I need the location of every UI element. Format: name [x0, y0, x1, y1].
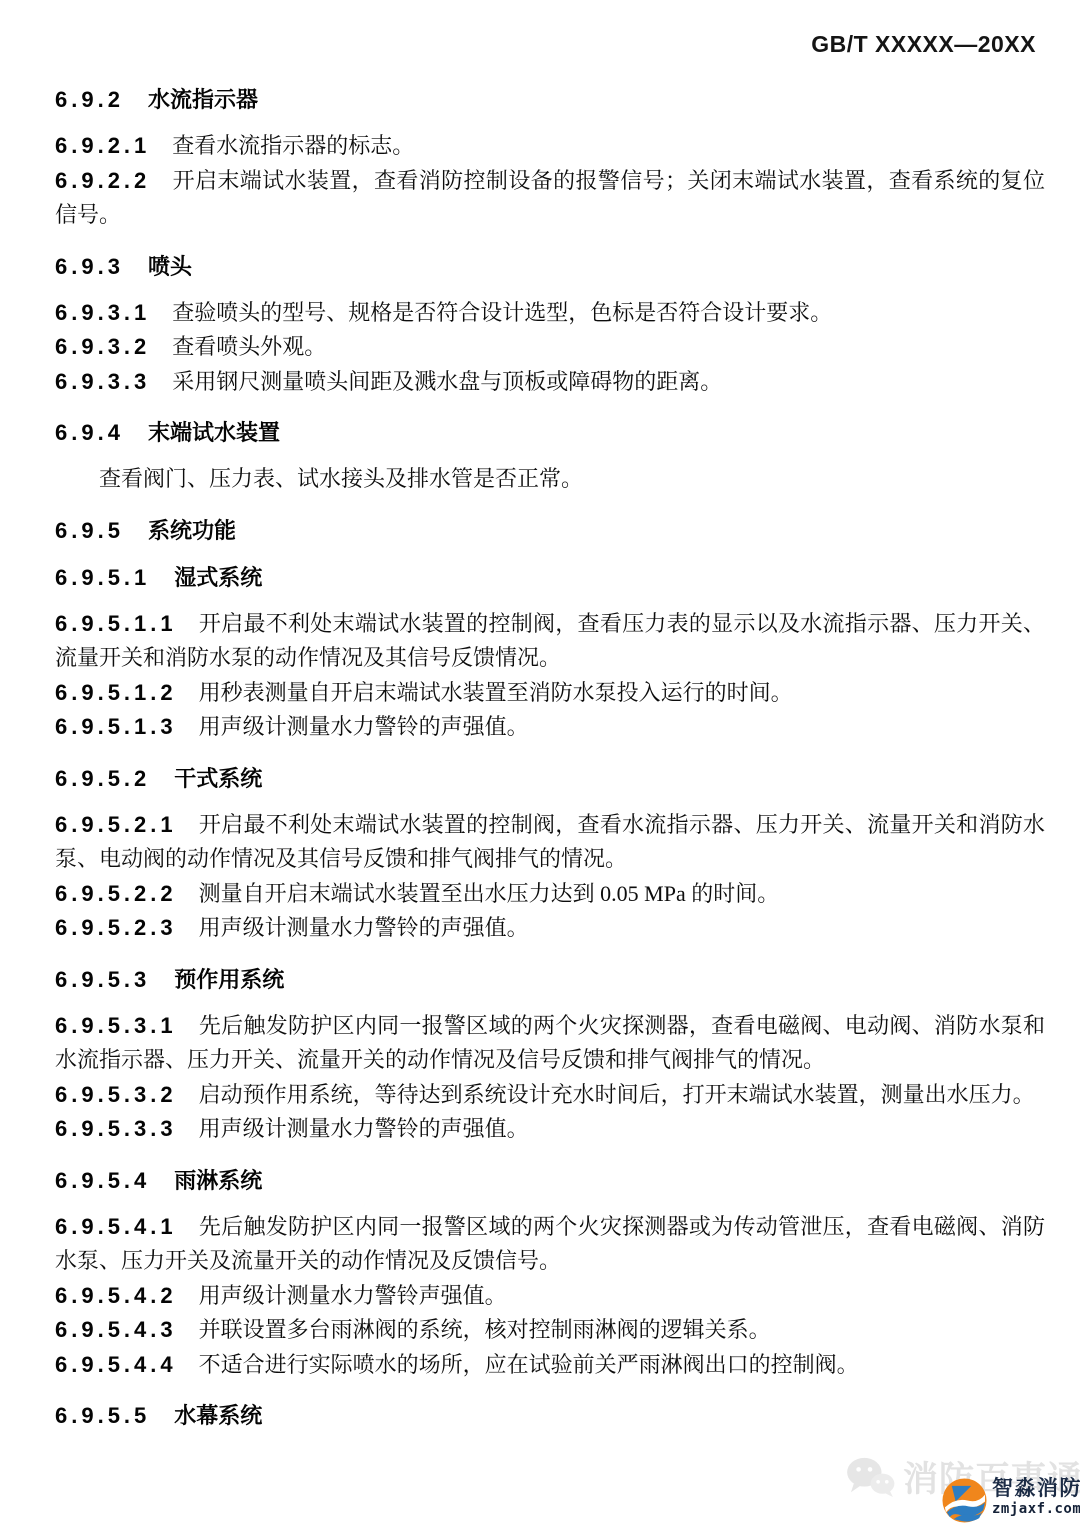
- clause-number: 6.9.5.4.4: [55, 1352, 177, 1377]
- clause-number: 6.9.5.4.2: [55, 1283, 177, 1308]
- zhimiao-logo: 智淼消防 zmjaxf.com: [942, 1478, 1080, 1523]
- clause-text: 先后触发防护区内同一报警区域的两个火灾探测器，查看电磁阀、电动阀、消防水泵和水流…: [55, 1013, 1045, 1073]
- clause-text: 启动预作用系统，等待达到系统设计充水时间后，打开末端试水装置，测量出水压力。: [199, 1082, 1035, 1107]
- clause-text: 用秒表测量自开启末端试水装置至消防水泵投入运行的时间。: [199, 680, 793, 705]
- clause-text: 开启最不利处末端试水装置的控制阀，查看水流指示器、压力开关、流量开关和消防水泵、…: [55, 812, 1045, 872]
- clause-paragraph: 6.9.5.1.1开启最不利处末端试水装置的控制阀，查看压力表的显示以及水流指示…: [55, 607, 1045, 676]
- clause-text: 用声级计测量水力警铃的声强值。: [199, 915, 529, 940]
- clause-paragraph: 6.9.3.1查验喷头的型号、规格是否符合设计选型，色标是否符合设计要求。: [55, 296, 1045, 331]
- clause-number: 6.9.5.2.1: [55, 812, 177, 837]
- clause-number: 6.9.5: [55, 518, 124, 543]
- clause-number: 6.9.3.1: [55, 300, 150, 325]
- clause-number: 6.9.5.1: [55, 565, 150, 590]
- clause-paragraph: 6.9.5.3.1先后触发防护区内同一报警区域的两个火灾探测器，查看电磁阀、电动…: [55, 1009, 1045, 1078]
- clause-paragraph: 6.9.5.4.3并联设置多台雨淋阀的系统，核对控制雨淋阀的逻辑关系。: [55, 1313, 1045, 1348]
- clause-paragraph: 6.9.2.2开启末端试水装置，查看消防控制设备的报警信号；关闭末端试水装置，查…: [55, 164, 1045, 233]
- clause-text: 不适合进行实际喷水的场所，应在试验前关严雨淋阀出口的控制阀。: [199, 1352, 859, 1377]
- clause-number: 6.9.5.4.3: [55, 1317, 177, 1342]
- heading-text: 水幕系统: [174, 1403, 262, 1428]
- clause-number: 6.9.5.4.1: [55, 1214, 177, 1239]
- clause-paragraph: 6.9.5.2.3用声级计测量水力警铃的声强值。: [55, 911, 1045, 946]
- clause-text: 先后触发防护区内同一报警区域的两个火灾探测器或为传动管泄压，查看电磁阀、消防水泵…: [55, 1214, 1045, 1274]
- section-heading: 6.9.5.4雨淋系统: [55, 1167, 1045, 1194]
- document-content: 6.9.2水流指示器6.9.2.1查看水流指示器的标志。6.9.2.2开启末端试…: [55, 66, 1045, 1445]
- clause-number: 6.9.2.1: [55, 133, 150, 158]
- clause-number: 6.9.5.1.3: [55, 714, 177, 739]
- clause-text: 查看喷头外观。: [172, 334, 326, 359]
- section-heading: 6.9.2水流指示器: [55, 86, 1045, 113]
- clause-paragraph: 6.9.5.3.3用声级计测量水力警铃的声强值。: [55, 1112, 1045, 1147]
- clause-number: 6.9.5.5: [55, 1403, 150, 1428]
- clause-paragraph: 6.9.5.4.2用声级计测量水力警铃声强值。: [55, 1279, 1045, 1314]
- clause-text: 并联设置多台雨淋阀的系统，核对控制雨淋阀的逻辑关系。: [199, 1317, 771, 1342]
- standard-number-header: GB/T XXXXX—20XX: [811, 31, 1036, 58]
- document-page: GB/T XXXXX—20XX 6.9.2水流指示器6.9.2.1查看水流指示器…: [0, 0, 1080, 1525]
- heading-text: 干式系统: [174, 766, 262, 791]
- clause-text: 用声级计测量水力警铃声强值。: [199, 1283, 507, 1308]
- clause-paragraph: 6.9.2.1查看水流指示器的标志。: [55, 129, 1045, 164]
- clause-number: 6.9.5.2: [55, 766, 150, 791]
- section-heading: 6.9.5.3预作用系统: [55, 966, 1045, 993]
- wechat-icon: [846, 1456, 896, 1498]
- heading-text: 末端试水装置: [148, 420, 280, 445]
- section-heading: 6.9.5.2干式系统: [55, 765, 1045, 792]
- heading-text: 湿式系统: [174, 565, 262, 590]
- clause-paragraph: 6.9.5.3.2启动预作用系统，等待达到系统设计充水时间后，打开末端试水装置，…: [55, 1078, 1045, 1113]
- heading-text: 喷头: [148, 254, 192, 279]
- clause-paragraph: 6.9.3.2查看喷头外观。: [55, 330, 1045, 365]
- clause-text: 开启末端试水装置，查看消防控制设备的报警信号；关闭末端试水装置，查看系统的复位信…: [55, 168, 1045, 228]
- clause-number: 6.9.5.2.2: [55, 881, 177, 906]
- zhimiao-logo-text: 智淼消防 zmjaxf.com: [992, 1478, 1080, 1516]
- clause-text: 查看阀门、压力表、试水接头及排水管是否正常。: [99, 466, 583, 491]
- section-heading: 6.9.5.5水幕系统: [55, 1402, 1045, 1429]
- section-heading: 6.9.3喷头: [55, 253, 1045, 280]
- section-heading: 6.9.4末端试水装置: [55, 419, 1045, 446]
- clause-number: 6.9.5.3.3: [55, 1116, 177, 1141]
- clause-number: 6.9.5.4: [55, 1168, 150, 1193]
- clause-number: 6.9.5.3.1: [55, 1013, 177, 1038]
- clause-number: 6.9.2: [55, 87, 124, 112]
- clause-paragraph: 6.9.5.2.1开启最不利处末端试水装置的控制阀，查看水流指示器、压力开关、流…: [55, 808, 1045, 877]
- clause-number: 6.9.3.3: [55, 369, 150, 394]
- zhimiao-logo-icon: [942, 1478, 987, 1523]
- clause-paragraph: 6.9.5.4.1先后触发防护区内同一报警区域的两个火灾探测器或为传动管泄压，查…: [55, 1210, 1045, 1279]
- clause-text: 开启最不利处末端试水装置的控制阀，查看压力表的显示以及水流指示器、压力开关、流量…: [55, 611, 1045, 671]
- body-paragraph: 查看阀门、压力表、试水接头及排水管是否正常。: [55, 462, 1045, 497]
- clause-number: 6.9.5.1.1: [55, 611, 177, 636]
- clause-text: 查看水流指示器的标志。: [172, 133, 414, 158]
- clause-paragraph: 6.9.5.1.3用声级计测量水力警铃的声强值。: [55, 710, 1045, 745]
- clause-number: 6.9.3.2: [55, 334, 150, 359]
- heading-text: 预作用系统: [174, 967, 284, 992]
- heading-text: 水流指示器: [148, 87, 258, 112]
- clause-number: 6.9.5.3: [55, 967, 150, 992]
- clause-text: 测量自开启末端试水装置至出水压力达到 0.05 MPa 的时间。: [199, 881, 780, 906]
- clause-number: 6.9.5.2.3: [55, 915, 177, 940]
- clause-paragraph: 6.9.3.3采用钢尺测量喷头间距及溅水盘与顶板或障碍物的距离。: [55, 365, 1045, 400]
- clause-number: 6.9.5.3.2: [55, 1082, 177, 1107]
- clause-paragraph: 6.9.5.4.4不适合进行实际喷水的场所，应在试验前关严雨淋阀出口的控制阀。: [55, 1348, 1045, 1383]
- clause-text: 用声级计测量水力警铃的声强值。: [199, 714, 529, 739]
- zhimiao-logo-url: zmjaxf.com: [992, 1502, 1080, 1516]
- clause-number: 6.9.2.2: [55, 168, 150, 193]
- heading-text: 系统功能: [148, 518, 236, 543]
- clause-paragraph: 6.9.5.1.2用秒表测量自开启末端试水装置至消防水泵投入运行的时间。: [55, 676, 1045, 711]
- clause-text: 采用钢尺测量喷头间距及溅水盘与顶板或障碍物的距离。: [172, 369, 722, 394]
- clause-number: 6.9.3: [55, 254, 124, 279]
- clause-number: 6.9.5.1.2: [55, 680, 177, 705]
- zhimiao-logo-title: 智淼消防: [992, 1478, 1080, 1499]
- clause-text: 查验喷头的型号、规格是否符合设计选型，色标是否符合设计要求。: [172, 300, 832, 325]
- section-heading: 6.9.5.1湿式系统: [55, 564, 1045, 591]
- section-heading: 6.9.5系统功能: [55, 517, 1045, 544]
- heading-text: 雨淋系统: [174, 1168, 262, 1193]
- clause-paragraph: 6.9.5.2.2测量自开启末端试水装置至出水压力达到 0.05 MPa 的时间…: [55, 877, 1045, 912]
- clause-number: 6.9.4: [55, 420, 124, 445]
- clause-text: 用声级计测量水力警铃的声强值。: [199, 1116, 529, 1141]
